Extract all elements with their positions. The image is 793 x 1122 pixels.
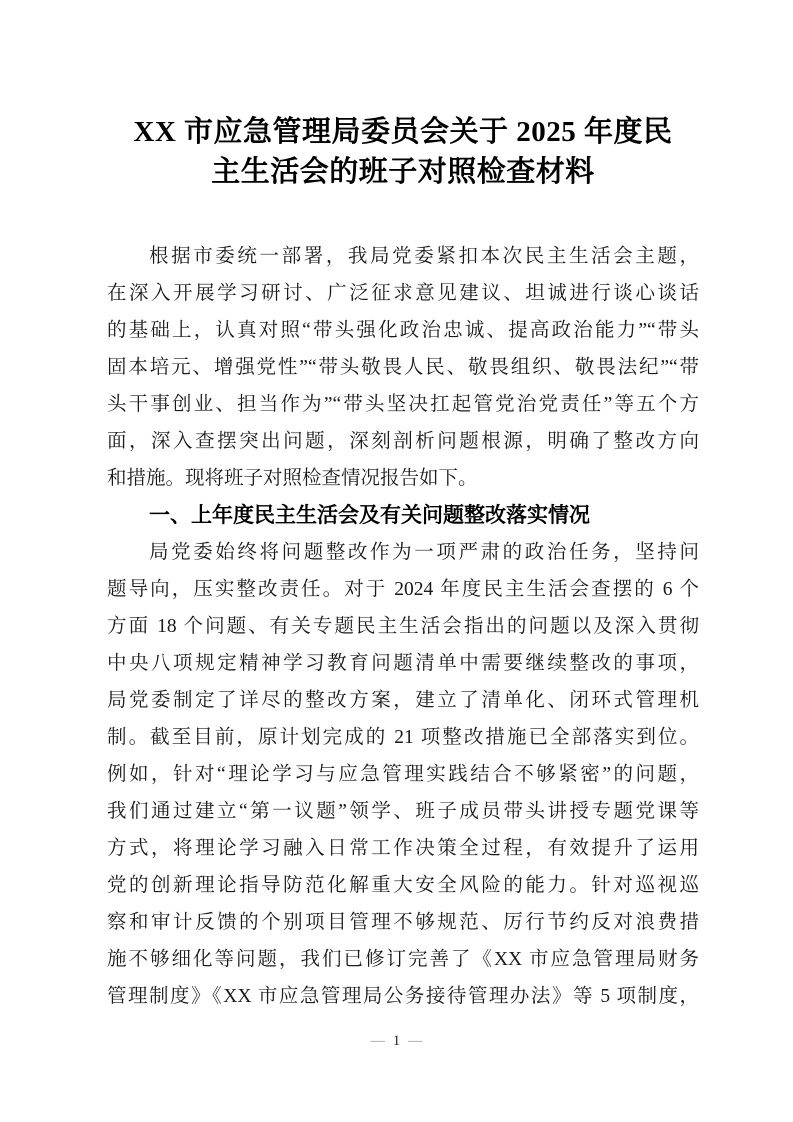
document-title-line-1: XX 市应急管理局委员会关于 2025 年度民 (107, 112, 699, 152)
page-number-value: 1 (385, 1033, 408, 1049)
paragraph-2-line: 局党委始终将问题整改作为一项严肃的政治任务，坚持问 (107, 534, 699, 571)
paragraph-2-line: 局党委制定了详尽的整改方案，建立了清单化、闭环式管理机 (107, 682, 699, 719)
paragraph-1-line: 头干事创业、担当作为”“带头坚决扛起管党治党责任”等五个方 (107, 386, 699, 423)
paragraph-1-line: 的基础上，认真对照“带头强化政治忠诚、提高政治能力”“带头 (107, 312, 699, 349)
paragraph-2-line: 我们通过建立“第一议题”领学、班子成员带头讲授专题党课等 (107, 793, 699, 830)
page-number-dash-right: — (408, 1033, 423, 1049)
paragraph-1-line: 根据市委统一部署，我局党委紧扣本次民主生活会主题， (107, 238, 699, 275)
paragraph-1-line: 固本培元、增强党性”“带头敬畏人民、敬畏组织、敬畏法纪”“带 (107, 349, 699, 386)
document-title-text-1: XX 市应急管理局委员会关于 2025 年度民 (133, 112, 672, 152)
paragraph-2-line: 例如，针对“理论学习与应急管理实践结合不够紧密”的问题， (107, 756, 699, 793)
document-page: XX 市应急管理局委员会关于 2025 年度民 主生活会的班子对照检查材料 根据… (0, 0, 793, 1122)
paragraph-2-line: 题导向，压实整改责任。对于 2024 年度民主生活会查摆的 6 个 (107, 571, 699, 608)
section-heading-1: 一、上年度民主生活会及有关问题整改落实情况 (107, 497, 699, 534)
paragraph-2-line: 管理制度》《XX 市应急管理局公务接待管理办法》等 5 项制度， (107, 978, 699, 1015)
paragraph-1-line: 和措施。现将班子对照检查情况报告如下。 (107, 460, 699, 497)
document-body: 根据市委统一部署，我局党委紧扣本次民主生活会主题， 在深入开展学习研讨、广泛征求… (107, 238, 699, 1015)
page-number: —1— (0, 1031, 793, 1051)
paragraph-2-line: 察和审计反馈的个别项目管理不够规范、厉行节约反对浪费措 (107, 904, 699, 941)
document-title-line-2: 主生活会的班子对照检查材料 (107, 152, 699, 192)
page-number-dash-left: — (370, 1033, 385, 1049)
paragraph-2-line: 制。截至目前，原计划完成的 21 项整改措施已全部落实到位。 (107, 719, 699, 756)
paragraph-2-line: 方面 18 个问题、有关专题民主生活会指出的问题以及深入贯彻 (107, 608, 699, 645)
document-content: XX 市应急管理局委员会关于 2025 年度民 主生活会的班子对照检查材料 根据… (107, 112, 699, 1015)
paragraph-2-line: 施不够细化等问题，我们已修订完善了《XX 市应急管理局财务 (107, 941, 699, 978)
paragraph-2-line: 方式，将理论学习融入日常工作决策全过程，有效提升了运用 (107, 830, 699, 867)
paragraph-1-line: 在深入开展学习研讨、广泛征求意见建议、坦诚进行谈心谈话 (107, 275, 699, 312)
document-title-text-2: 主生活会的班子对照检查材料 (211, 152, 595, 192)
paragraph-2-line: 中央八项规定精神学习教育问题清单中需要继续整改的事项， (107, 645, 699, 682)
document-title: XX 市应急管理局委员会关于 2025 年度民 主生活会的班子对照检查材料 (107, 112, 699, 192)
paragraph-1-line: 面，深入查摆突出问题，深刻剖析问题根源，明确了整改方向 (107, 423, 699, 460)
paragraph-2-line: 党的创新理论指导防范化解重大安全风险的能力。针对巡视巡 (107, 867, 699, 904)
